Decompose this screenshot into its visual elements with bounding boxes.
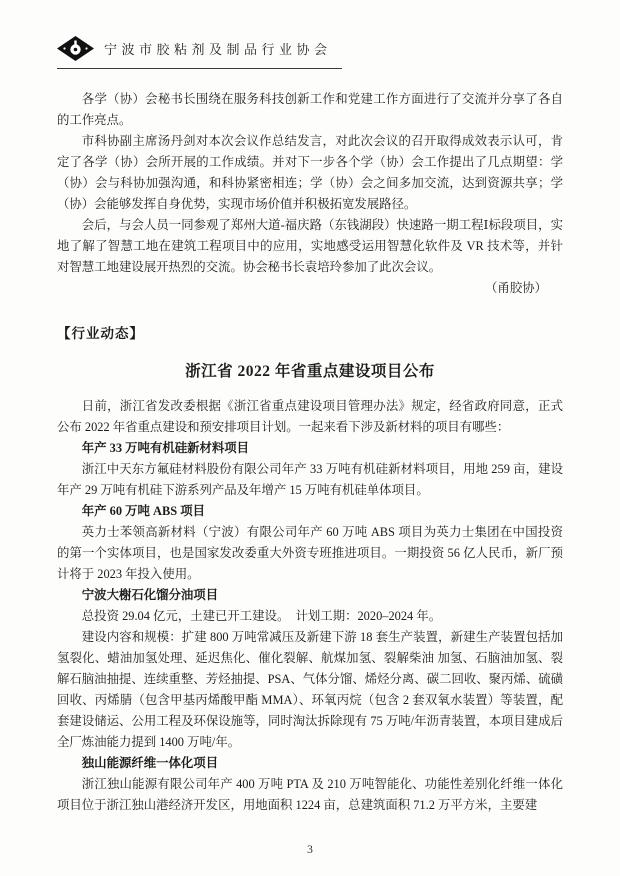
project-paragraph-2: 英力士苯领高新材料（宁波）有限公司年产 60 万吨 ABS 项目为英力士集团在中… [57, 522, 563, 585]
report-paragraph-1: 各学（协）会秘书长围绕在服务科技创新工作和党建工作方面进行了交流并分享了各自的工… [57, 89, 563, 131]
project-heading-4: 独山能源纤维一体化项目 [57, 753, 563, 774]
page-header: 宁波市胶粘剂及制品行业协会 [57, 36, 342, 69]
association-logo-icon [57, 36, 94, 61]
project-paragraph-1: 浙江中天东方氟硅材料股份有限公司年产 33 万吨有机硅新材料项目，用地 259 … [57, 459, 563, 501]
report-signature: （甬胶协） [57, 278, 563, 299]
project-paragraph-3a: 总投资 29.04 亿元，土建已开工建设。 计划工期：2020–2024 年。 [57, 606, 563, 627]
document-page: 宁波市胶粘剂及制品行业协会 各学（协）会秘书长围绕在服务科技创新工作和党建工作方… [0, 0, 620, 876]
project-heading-1: 年产 33 万吨有机硅新材料项目 [57, 438, 563, 459]
project-heading-3: 宁波大榭石化馏分油项目 [57, 585, 563, 606]
article-title: 浙江省 2022 年省重点建设项目公布 [57, 361, 563, 382]
section-label: 【行业动态】 [57, 323, 563, 344]
org-name: 宁波市胶粘剂及制品行业协会 [104, 39, 332, 58]
project-paragraph-4: 浙江独山能源有限公司年产 400 万吨 PTA 及 210 万吨智能化、功能性差… [57, 774, 563, 816]
project-paragraph-3b: 建设内容和规模：扩建 800 万吨常减压及新建下游 18 套生产装置，新建生产装… [57, 627, 563, 753]
page-footer: 3 [0, 844, 620, 856]
report-paragraph-3: 会后，与会人员一同参观了郑州大道-福庆路（东钱湖段）快速路一期工程Ⅰ标段项目，实… [57, 215, 563, 278]
page-number: 3 [307, 844, 313, 856]
project-heading-2: 年产 60 万吨 ABS 项目 [57, 501, 563, 522]
document-body: 各学（协）会秘书长围绕在服务科技创新工作和党建工作方面进行了交流并分享了各自的工… [57, 89, 563, 816]
article-intro: 日前，浙江省发改委根据《浙江省重点建设项目管理办法》规定，经省政府同意，正式公布… [57, 396, 563, 438]
report-paragraph-2: 市科协副主席汤丹剑对本次会议作总结发言，对此次会议的召开取得成效表示认可，肯定了… [57, 131, 563, 215]
